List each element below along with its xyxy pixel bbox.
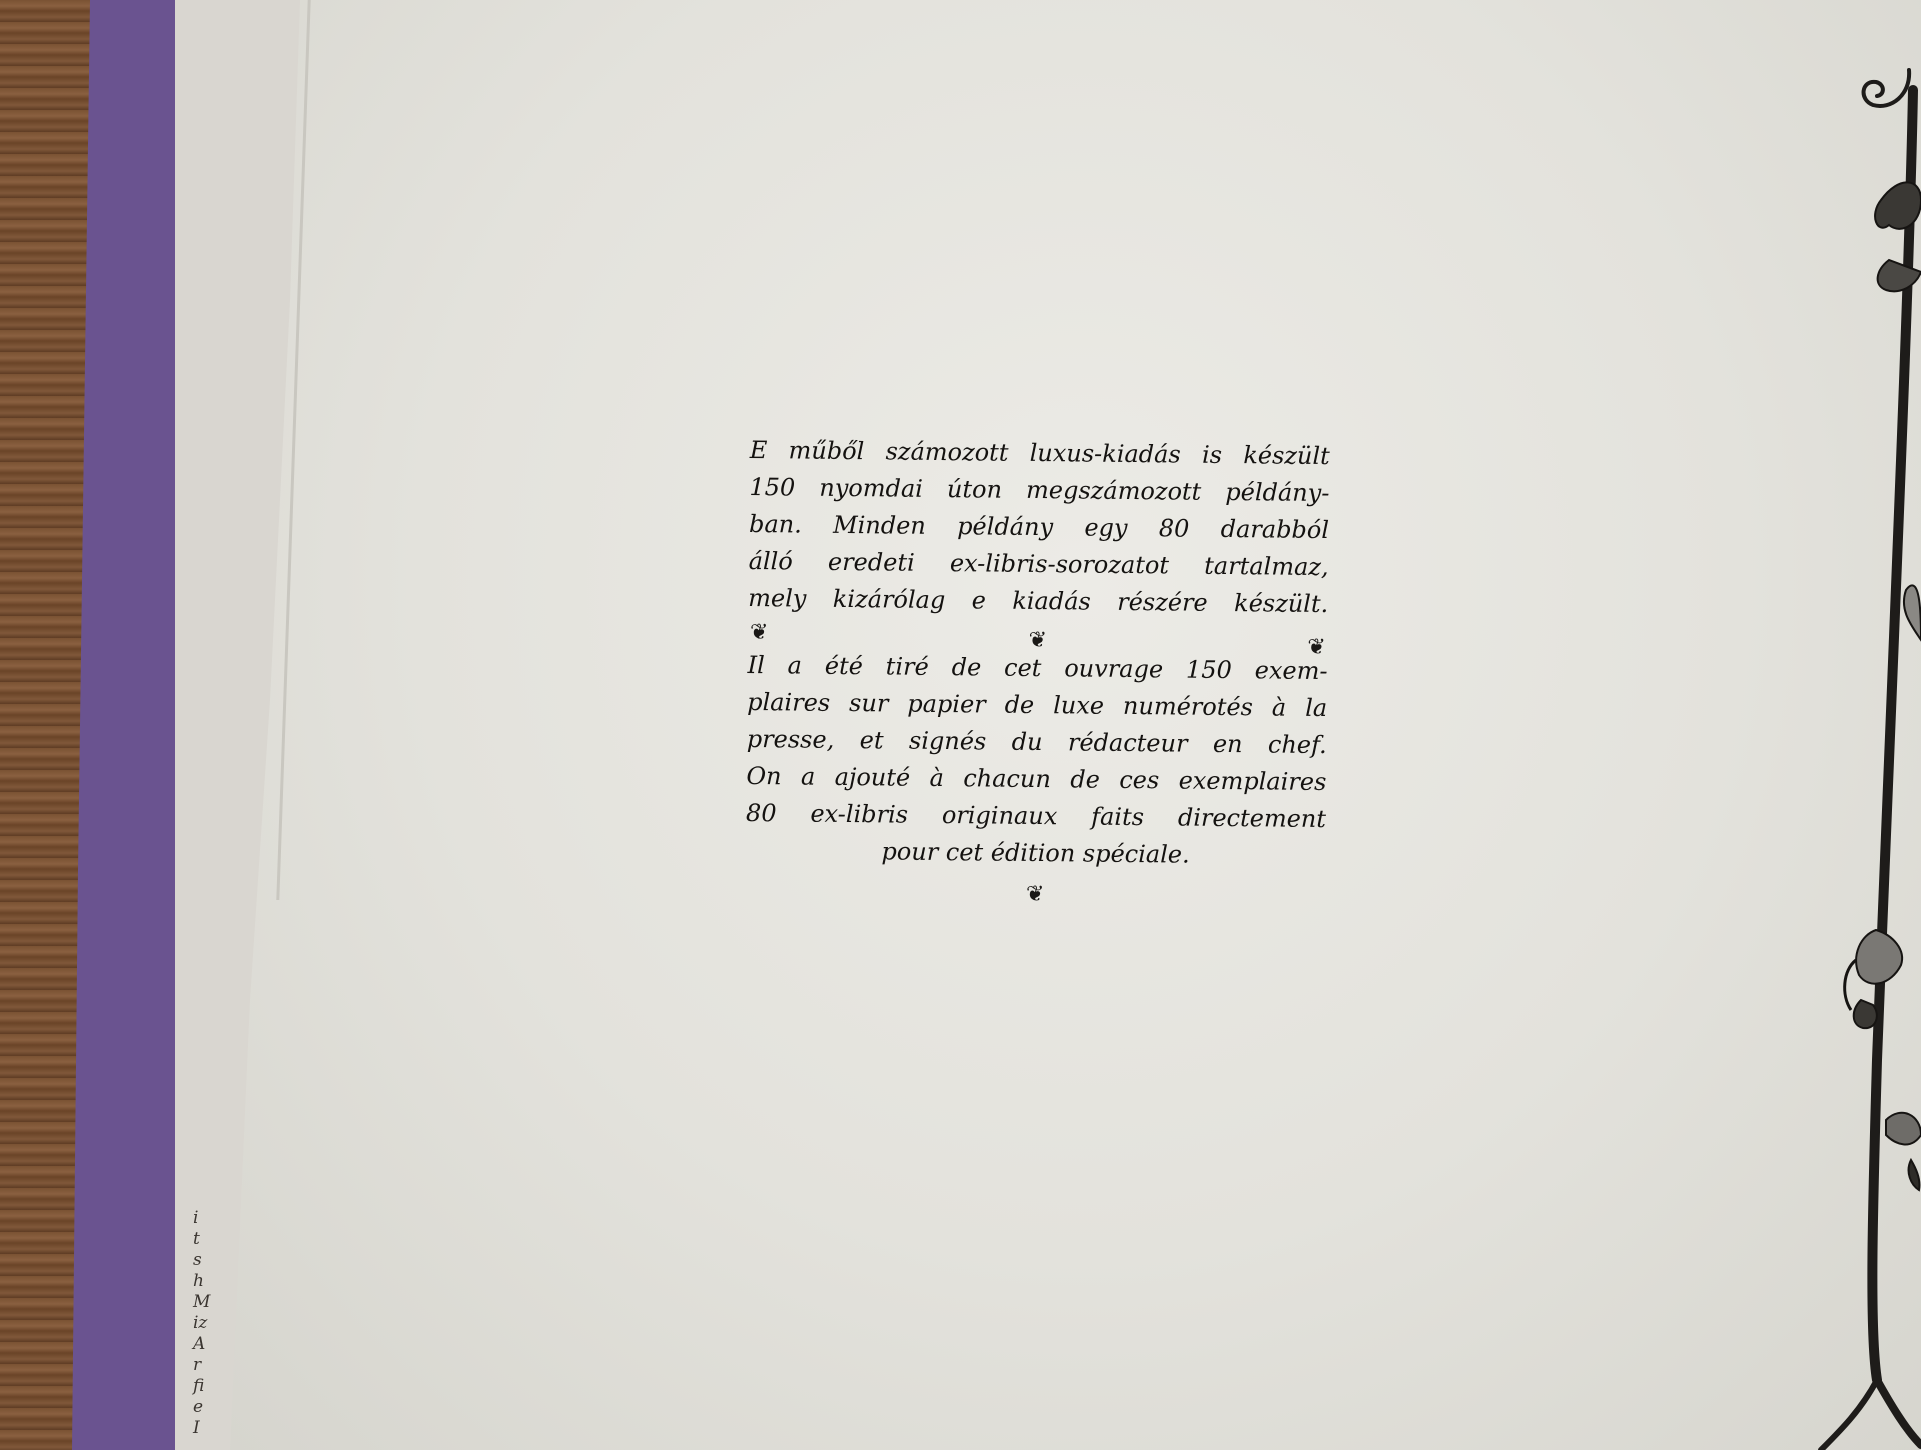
french-line: pour cet édition spéciale. xyxy=(745,832,1325,875)
colophon-hungarian: E műből számozott luxus-kiadás is készül… xyxy=(748,432,1330,623)
fleuron-icon: ❦ xyxy=(1026,882,1045,907)
french-line: On a ajouté à chacun de ces exemplaires xyxy=(746,758,1326,801)
colophon-french: Il a été tiré de cet ouvrage 150 exem- p… xyxy=(745,647,1327,875)
end-ornament: ❦ xyxy=(745,873,1325,909)
french-line: 80 ex-libris originaux faits directement xyxy=(746,795,1326,838)
french-line: Il a été tiré de cet ouvrage 150 exem- xyxy=(747,647,1327,690)
hungarian-line: ban. Minden példány egy 80 darabból xyxy=(749,506,1329,549)
flyleaf-partial-text: i t s h M iz A r fi e I xyxy=(193,1208,217,1439)
fleuron-icon: ❦ xyxy=(750,614,769,651)
wrought-iron-vine-illustration xyxy=(1781,0,1921,1450)
hungarian-line: E műből számozott luxus-kiadás is készül… xyxy=(750,432,1330,475)
hungarian-line: mely kizárólag e kiadás részére készült. xyxy=(748,580,1328,623)
colophon-text: E műből számozott luxus-kiadás is készül… xyxy=(745,432,1330,909)
hungarian-line: 150 nyomdai úton megszámozott példány- xyxy=(749,469,1329,512)
hungarian-line: álló eredeti ex-libris-sorozatot tartalm… xyxy=(748,543,1328,586)
french-line: presse, et signés du rédacteur en chef. xyxy=(747,721,1327,764)
french-line: plaires sur papier de luxe numérotés à l… xyxy=(747,684,1327,727)
